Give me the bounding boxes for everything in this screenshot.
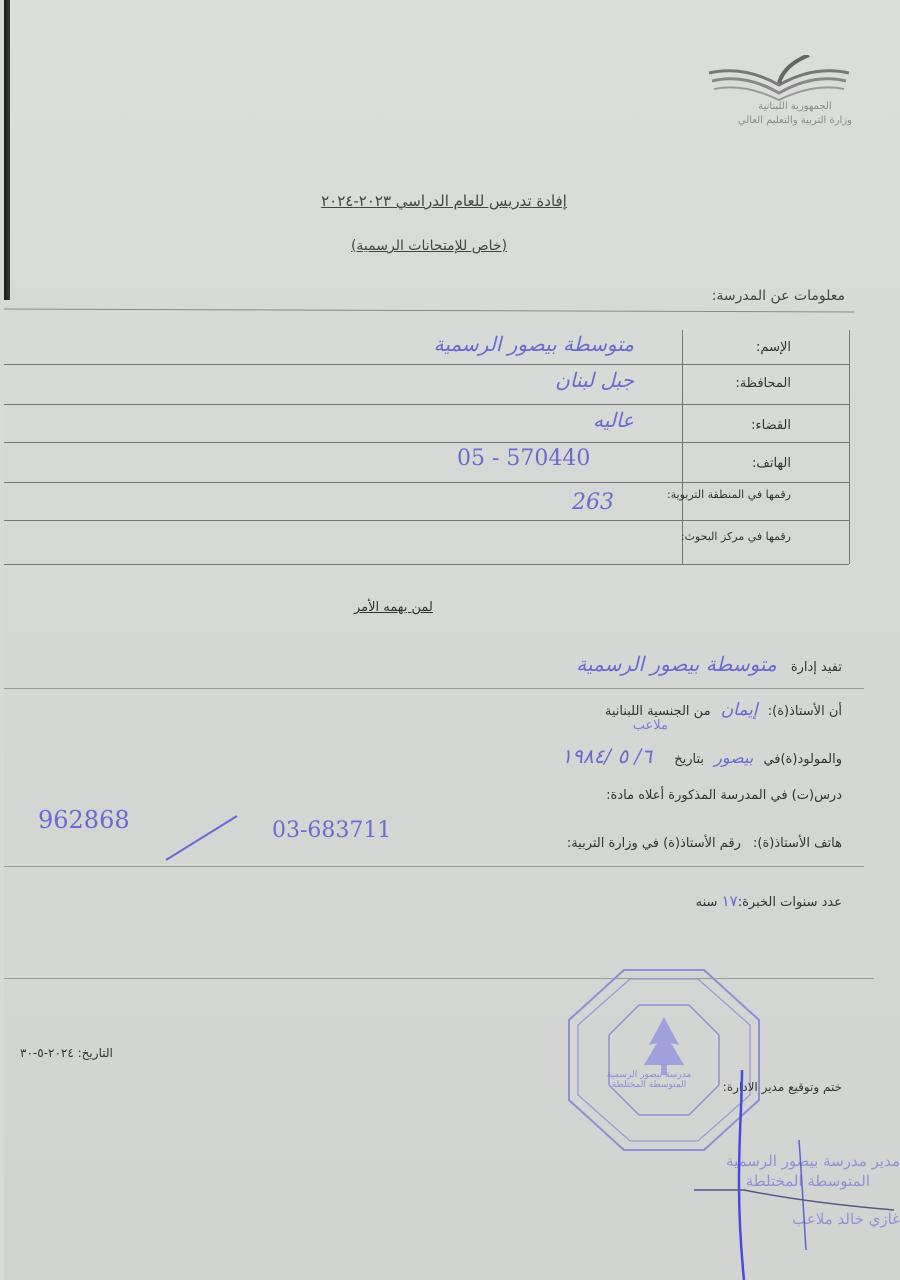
divider	[4, 866, 864, 867]
birth-line: والمولود(ة)في بيصور بتاريخ ٦/ ٥ /١٩٨٤	[561, 744, 842, 768]
stamp-inner-text: مدرسة بيصور الرسمية المتوسطة المختلطة	[604, 1070, 694, 1090]
phone-label: هاتف الأستاذ(ة):	[753, 836, 842, 851]
table-row: رقمها في المنطقة التربوية: 263	[4, 482, 849, 521]
phone-line: هاتف الأستاذ(ة): رقم الأستاذ(ة) في وزارة…	[567, 836, 842, 851]
ministry-number-value: 962868	[38, 806, 130, 834]
school-info-label: معلومات عن المدرسة:	[712, 288, 845, 304]
ministry-header: الجمهورية اللبنانية وزارة التربية والتعل…	[738, 100, 852, 128]
table-row: المحافظة: جبل لبنان	[4, 364, 849, 405]
teacher-prefix: أن الأستاذ(ة):	[768, 704, 842, 719]
row-label: رقمها في المنطقة التربوية:	[667, 488, 791, 501]
row-label: الإسم:	[756, 340, 791, 355]
taught-label: درس(ت) في المدرسة المذكورة أعلاه مادة:	[606, 788, 842, 803]
open-book-logo-icon	[704, 55, 854, 105]
row-value: عاليه	[593, 408, 634, 432]
date-value: ٢٠٢٤-٥-٣٠	[20, 1046, 74, 1060]
birth-date: ٦/ ٥ /١٩٨٤	[561, 744, 652, 768]
document-page: الجمهورية اللبنانية وزارة التربية والتعل…	[4, 0, 900, 1280]
table-row: القضاء: عاليه	[4, 404, 849, 443]
ministry-name: وزارة التربية والتعليم العالي	[738, 114, 852, 128]
page-edge-shadow	[4, 0, 10, 300]
table-border	[849, 330, 850, 564]
row-label: القضاء:	[751, 418, 791, 433]
divider	[4, 309, 854, 313]
document-title: إفادة تدريس للعام الدراسي ٢٠٢٣-٢٠٢٤	[284, 192, 604, 210]
date-prefix: بتاريخ	[674, 752, 704, 767]
teacher-last-name: ملاعب	[633, 718, 668, 733]
teacher-line: أن الأستاذ(ة): إيمان من الجنسية اللبناني…	[605, 700, 842, 720]
experience-unit: سنه	[696, 895, 718, 910]
date-line: التاريخ: ٢٠٢٤-٥-٣٠	[20, 1046, 113, 1060]
declares-prefix: تفيد إدارة	[791, 660, 842, 675]
ministry-number-label: رقم الأستاذ(ة) في وزارة التربية:	[567, 836, 741, 851]
born-prefix: والمولود(ة)في	[763, 752, 842, 767]
document-subtitle: (خاص للإمتحانات الرسمية)	[329, 238, 529, 254]
row-value: 263	[572, 490, 614, 515]
declares-line: تفيد إدارة متوسطة بيصور الرسمية	[576, 652, 842, 676]
table-row: الإسم: متوسطة بيصور الرسمية	[4, 330, 849, 365]
row-label: المحافظة:	[735, 376, 791, 391]
nationality: من الجنسية اللبنانية	[605, 704, 711, 719]
experience-line: عدد سنوات الخبرة:١٧ سنه	[696, 892, 842, 910]
divider	[4, 688, 864, 689]
birth-place: بيصور	[714, 748, 753, 767]
teacher-phone-value: 03-683711	[272, 818, 391, 843]
experience-label: عدد سنوات الخبرة:	[738, 895, 842, 910]
handwritten-slash	[162, 812, 242, 864]
row-value: 05 - 570440	[457, 446, 590, 471]
row-label: رقمها في مركز البحوث:	[681, 530, 791, 543]
declares-school: متوسطة بيصور الرسمية	[576, 652, 776, 676]
republic-name: الجمهورية اللبنانية	[738, 100, 852, 114]
date-label: التاريخ:	[78, 1046, 113, 1060]
row-value: جبل لبنان	[555, 368, 634, 392]
taught-line: درس(ت) في المدرسة المذكورة أعلاه مادة:	[606, 788, 842, 803]
teacher-first-name: إيمان	[721, 700, 758, 720]
director-signature	[684, 1060, 900, 1280]
row-value: متوسطة بيصور الرسمية	[434, 332, 634, 356]
experience-value: ١٧	[722, 892, 738, 910]
to-whom-heading: لمن يهمه الأمر	[354, 600, 433, 615]
table-row: رقمها في مركز البحوث:	[4, 520, 849, 565]
row-label: الهاتف:	[752, 456, 791, 471]
table-row: الهاتف: 05 - 570440	[4, 442, 849, 483]
